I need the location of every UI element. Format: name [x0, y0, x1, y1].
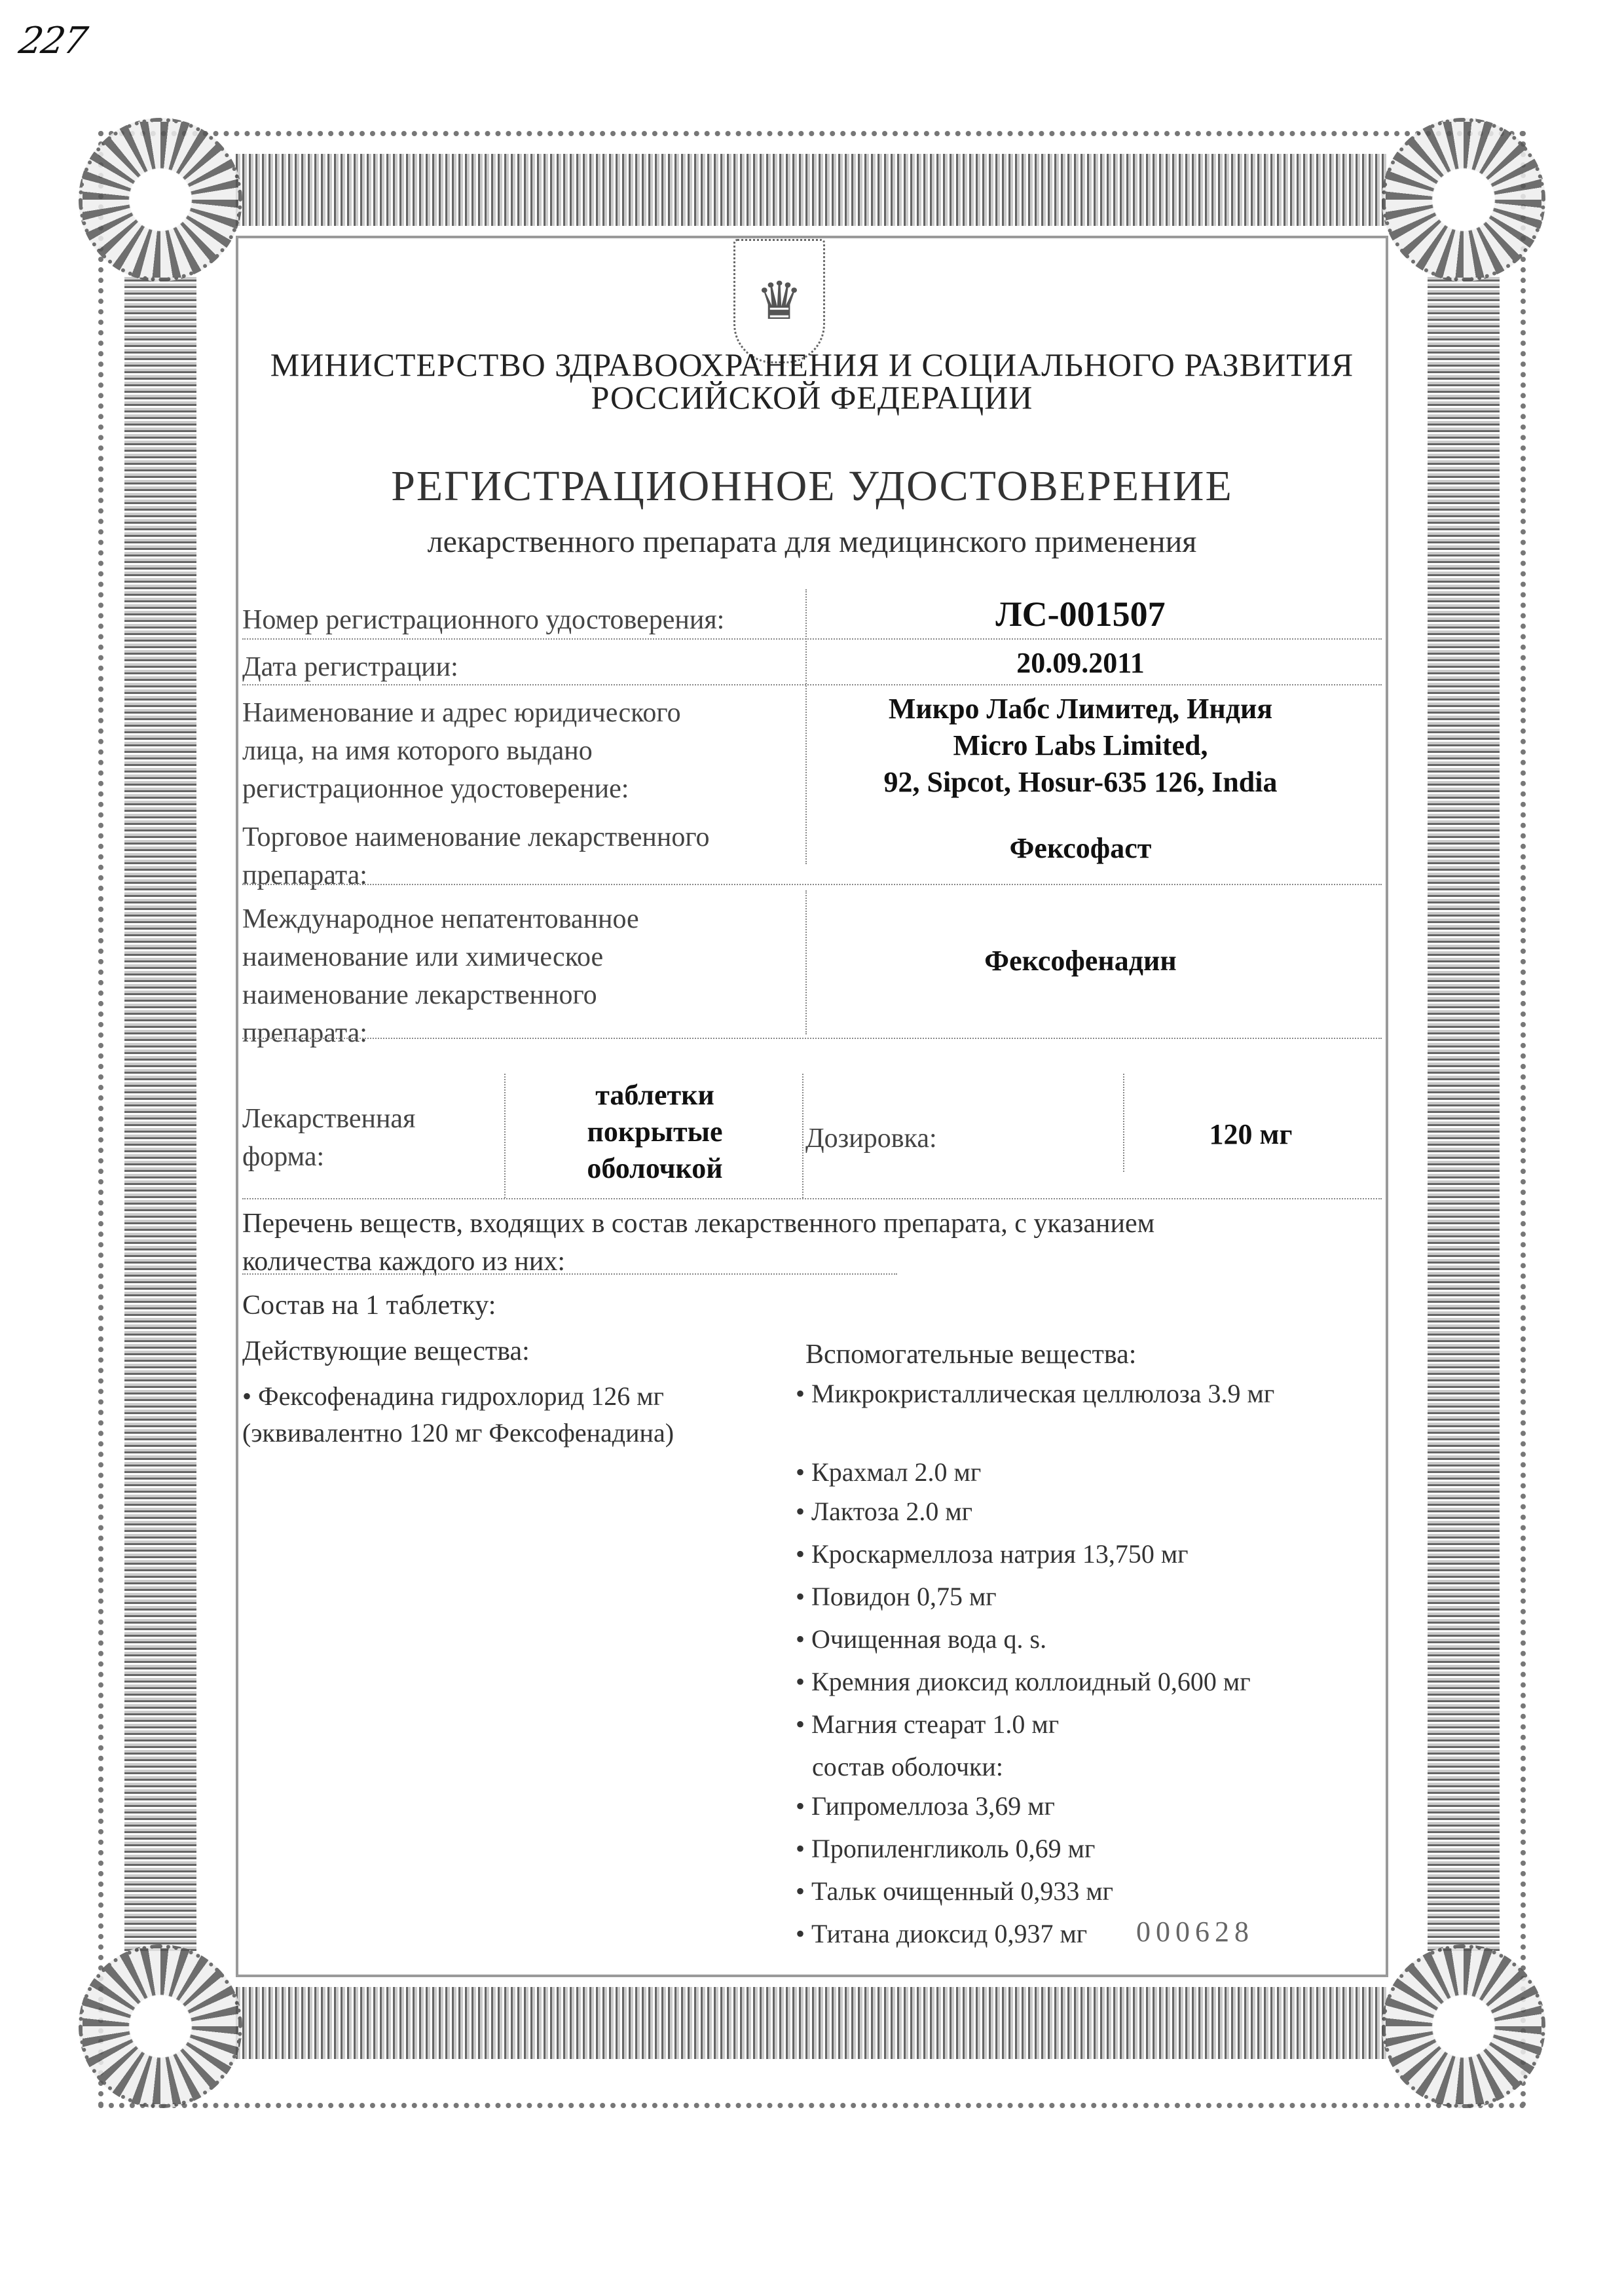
handwritten-page-mark: 227: [16, 20, 89, 62]
inn-label-line: Международное непатентованное: [242, 900, 639, 938]
holder-label: Наименование и адрес юридического лица, …: [242, 694, 681, 808]
column-divider: [805, 890, 807, 1034]
divider: [242, 638, 1382, 640]
coating-item: Пропиленгликоль 0,69 мг: [796, 1833, 1095, 1864]
coating-item: Гипромеллоза 3,69 мг: [796, 1791, 1055, 1821]
holder-address: 92, Sipcot, Hosur-635 126, India: [812, 764, 1349, 801]
divider: [242, 884, 1382, 885]
dosage-form-value-line: покрытые: [511, 1114, 799, 1150]
holder-label-line: Наименование и адрес юридического: [242, 694, 681, 732]
active-substances-heading: Действующие вещества:: [242, 1332, 530, 1370]
coating-heading: состав оболочки:: [812, 1751, 1003, 1782]
column-divider: [504, 1074, 506, 1198]
reg-date-label: Дата регистрации:: [242, 648, 458, 686]
composition-intro-line: количества каждого из них:: [242, 1243, 1154, 1281]
ornamental-border-top: [236, 154, 1388, 226]
dosage-value: 120 мг: [1126, 1116, 1375, 1153]
excipient-item: Кремния диоксид коллоидный 0,600 мг: [796, 1666, 1251, 1697]
composition-intro: Перечень веществ, входящих в состав лека…: [242, 1205, 1154, 1281]
trade-name-label-line: Торговое наименование лекарственного: [242, 818, 710, 856]
column-divider: [805, 589, 807, 864]
excipient-item: Лактоза 2.0 мг: [796, 1496, 972, 1527]
holder-name-en: Micro Labs Limited,: [812, 727, 1349, 764]
inn-value: Фексофенадин: [812, 943, 1349, 979]
coating-item: Титана диоксид 0,937 мг: [796, 1918, 1087, 1949]
dosage-form-label-line: форма:: [242, 1138, 415, 1176]
composition-intro-line: Перечень веществ, входящих в состав лека…: [242, 1205, 1154, 1243]
inn-label-line: наименование лекарственного: [242, 976, 639, 1014]
ministry-name-line2: РОССИЙСКОЙ ФЕДЕРАЦИИ: [0, 378, 1624, 416]
dosage-form-label-line: Лекарственная: [242, 1100, 415, 1138]
divider: [242, 1038, 1382, 1039]
divider: [242, 684, 1382, 685]
reg-date-value: 20.09.2011: [812, 645, 1349, 682]
excipients-heading: Вспомогательные вещества:: [805, 1336, 1136, 1374]
document-title: РЕГИСТРАЦИОННОЕ УДОСТОВЕРЕНИЕ: [0, 462, 1624, 511]
trade-name-label-line: препарата:: [242, 856, 710, 894]
corner-rosette-icon: [1382, 1944, 1545, 2108]
dosage-form-value-line: оболочкой: [511, 1150, 799, 1187]
column-divider: [802, 1074, 803, 1198]
holder-value: Микро Лабс Лимитед, Индия Micro Labs Lim…: [812, 691, 1349, 801]
dosage-label: Дозировка:: [805, 1120, 937, 1157]
divider: [242, 1273, 897, 1275]
inn-label-line: препарата:: [242, 1014, 639, 1052]
excipient-item: Повидон 0,75 мг: [796, 1581, 997, 1612]
dosage-form-label: Лекарственная форма:: [242, 1100, 415, 1176]
dosage-form-value: таблетки покрытые оболочкой: [511, 1077, 799, 1187]
reg-number-value: ЛС-001507: [812, 596, 1349, 632]
active-substance-name: Фексофенадина гидрохлорид 126 мг: [242, 1378, 674, 1415]
corner-rosette-icon: [79, 1944, 242, 2108]
inn-label: Международное непатентованное наименован…: [242, 900, 639, 1052]
active-substance-equivalent: (эквивалентно 120 мг Фексофенадина): [242, 1415, 674, 1451]
excipient-item: Кроскармеллоза натрия 13,750 мг: [796, 1539, 1189, 1569]
document-subtitle: лекарственного препарата для медицинског…: [0, 524, 1624, 560]
trade-name-value: Фексофаст: [812, 830, 1349, 867]
composition-per-unit: Состав на 1 таблетку:: [242, 1286, 496, 1324]
dosage-form-value-line: таблетки: [511, 1077, 799, 1114]
form-serial-number: 000628: [1136, 1915, 1254, 1948]
divider: [242, 1198, 1382, 1199]
column-divider: [1123, 1074, 1124, 1172]
coat-of-arms-icon: ♛: [733, 239, 825, 363]
trade-name-label: Торговое наименование лекарственного пре…: [242, 818, 710, 894]
corner-rosette-icon: [1382, 118, 1545, 282]
holder-label-line: лица, на имя которого выдано: [242, 732, 681, 770]
excipient-item: Очищенная вода q. s.: [796, 1624, 1046, 1654]
coating-item: Тальк очищенный 0,933 мг: [796, 1876, 1113, 1906]
holder-name-ru: Микро Лабс Лимитед, Индия: [812, 691, 1349, 727]
corner-rosette-icon: [79, 118, 242, 282]
reg-number-label: Номер регистрационного удостоверения:: [242, 601, 724, 639]
excipient-item: Микрокристаллическая целлюлоза 3.9 мг: [796, 1378, 1274, 1409]
holder-label-line: регистрационное удостоверение:: [242, 770, 681, 808]
active-substance-item: Фексофенадина гидрохлорид 126 мг (эквива…: [242, 1378, 674, 1451]
excipient-item: Крахмал 2.0 мг: [796, 1457, 981, 1487]
ornamental-border-bottom: [236, 1987, 1388, 2059]
inn-label-line: наименование или химическое: [242, 938, 639, 976]
excipient-item: Магния стеарат 1.0 мг: [796, 1709, 1059, 1740]
